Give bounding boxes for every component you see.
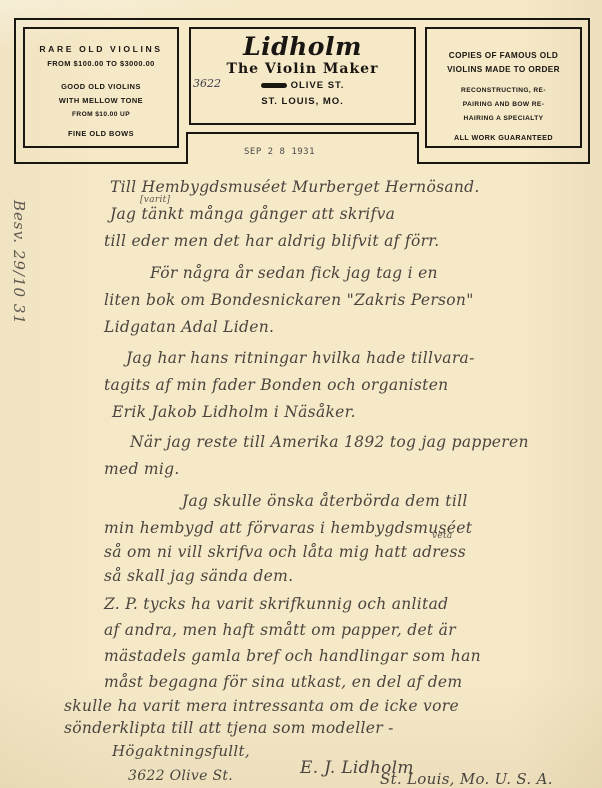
letter-line: Till Hembygdsmuséet Murberget Hernösand. [110, 178, 480, 196]
rare-violins-title: RARE OLD VIOLINS [25, 44, 177, 54]
rare-violins-price: FROM $100.00 TO $3000.00 [25, 57, 177, 71]
letter-line: Jag tänkt många gånger att skrifva [110, 205, 395, 223]
date-stamp: SEP 2 8 1931 [244, 147, 315, 157]
frame-step-left [186, 132, 188, 164]
letter-line: tagits af min fader Bonden och organiste… [104, 376, 448, 394]
letter-line: Z. P. tycks ha varit skrifkunnig och anl… [104, 595, 448, 613]
copies-line1: COPIES OF FAMOUS OLD [427, 49, 580, 63]
frame-top [14, 18, 590, 20]
frame-left [14, 18, 16, 164]
copies-line2: VIOLINS MADE TO ORDER [427, 63, 580, 77]
guarantee: ALL WORK GUARANTEED [427, 133, 580, 142]
letter-line: skulle ha varit mera intressanta om de i… [64, 697, 459, 715]
business-street: 3622 OLIVE ST. [191, 78, 414, 94]
letter-line: så om ni vill skrifva och låta mig hatt … [104, 543, 466, 561]
frame-step-right [417, 132, 419, 164]
letter-line: till eder men det har aldrig blifvit af … [104, 232, 440, 250]
letter-line: med mig. [104, 460, 180, 478]
business-city: ST. LOUIS, MO. [191, 94, 414, 110]
letter-line: af andra, men haft smått om papper, det … [104, 621, 456, 639]
repair-line3: HAIRING A SPECIALTY [427, 112, 580, 126]
letterhead-center-box: Lidholm The Violin Maker 3622 OLIVE ST. … [189, 27, 416, 125]
letterhead-right-box: COPIES OF FAMOUS OLD VIOLINS MADE TO ORD… [425, 27, 582, 148]
closing: Högaktningsfullt, [112, 742, 250, 760]
struck-out-number [261, 83, 287, 88]
frame-step-top [186, 132, 419, 134]
fine-bows: FINE OLD BOWS [25, 127, 177, 141]
interlinear-note: veta [432, 531, 453, 541]
letter-page: RARE OLD VIOLINS FROM $100.00 TO $3000.0… [0, 0, 602, 788]
frame-bottom-right [417, 162, 590, 164]
letter-line: Erik Jakob Lidholm i Näsåker. [112, 403, 356, 421]
repair-line2: PAIRING AND BOW RE- [427, 98, 580, 112]
letter-line: min hembygd att förvaras i hembygdsmusée… [104, 519, 472, 537]
letter-line: sönderklipta till att tjena som modeller… [64, 719, 394, 737]
handwritten-street-number: 3622 [193, 76, 221, 92]
letterhead-left-box: RARE OLD VIOLINS FROM $100.00 TO $3000.0… [23, 27, 179, 148]
business-tagline: The Violin Maker [191, 61, 414, 78]
letter-line: mästadels gamla bref och handlingar som … [104, 647, 481, 665]
letter-line: Jag har hans ritningar hvilka hade tillv… [126, 349, 475, 367]
letter-line: När jag reste till Amerika 1892 tog jag … [130, 433, 529, 451]
letter-line: liten bok om Bondesnickaren "Zakris Pers… [104, 291, 474, 309]
good-violins-line2: WITH MELLOW TONE [25, 94, 177, 108]
sender-city: St. Louis, Mo. U. S. A. [380, 770, 553, 788]
margin-note: Besv. 29/10 31 [10, 200, 28, 325]
letter-line: så skall jag sända dem. [104, 567, 293, 585]
letter-line: måst begagna för sina utkast, en del af … [104, 673, 462, 691]
repair-line1: RECONSTRUCTING, RE- [427, 84, 580, 98]
sender-street: 3622 Olive St. [128, 768, 233, 784]
good-violins-price: FROM $10.00 UP [25, 108, 177, 121]
interlinear-note: [varit] [140, 195, 170, 205]
letter-line: Lidgatan Adal Liden. [104, 318, 274, 336]
business-name: Lidholm [191, 33, 414, 61]
letter-line: Jag skulle önska återbörda dem till [182, 492, 468, 510]
good-violins-line1: GOOD OLD VIOLINS [25, 80, 177, 94]
frame-bottom-left [14, 162, 188, 164]
frame-right [588, 18, 590, 164]
letter-line: För några år sedan fick jag tag i en [150, 264, 438, 282]
street-name: OLIVE ST. [291, 80, 345, 91]
